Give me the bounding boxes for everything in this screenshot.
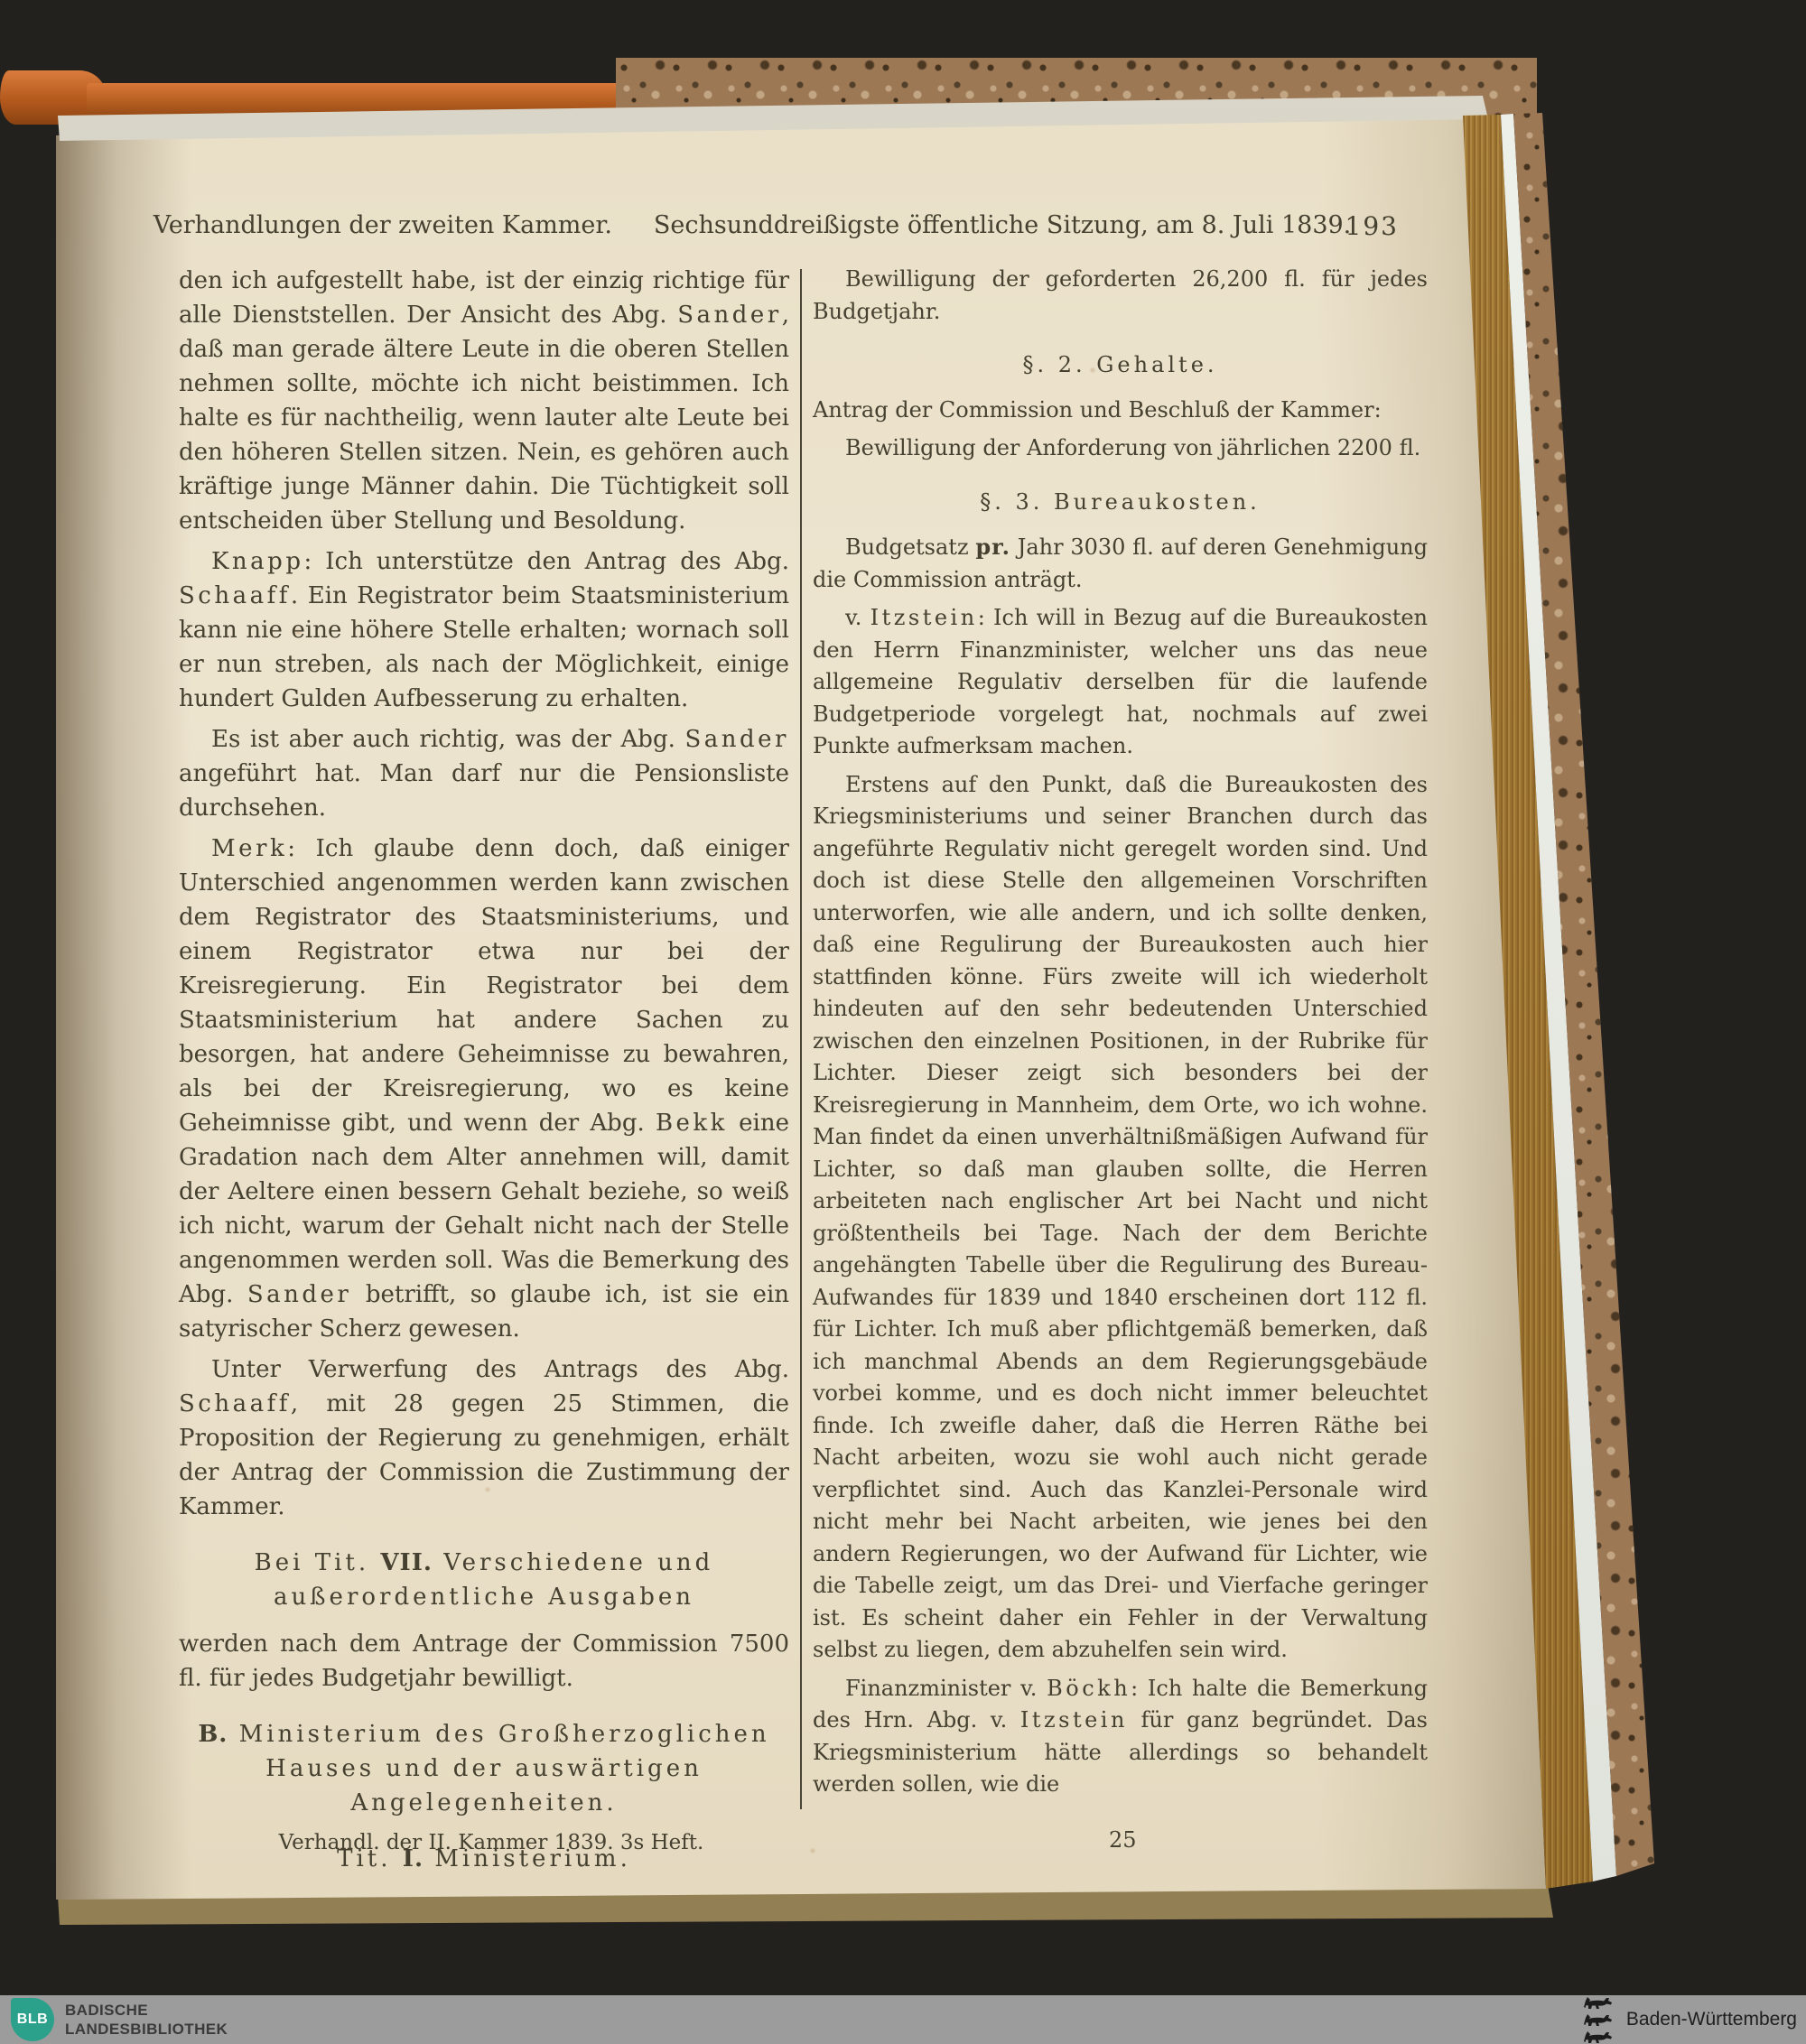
baden-wuerttemberg-logo[interactable]: Baden-Württemberg — [1581, 1995, 1797, 2044]
section-heading: §. 2. Gehalte. — [813, 349, 1428, 382]
paragraph: Bewilligung der geforderten 26,200 fl. f… — [813, 264, 1428, 328]
state-label: Baden-Württemberg — [1626, 2009, 1797, 2030]
blb-abbr-label: BLB — [17, 2011, 48, 2028]
library-name-line2: LANDESBIBLIOTHEK — [65, 2020, 228, 2039]
blb-logo-icon: BLB — [11, 1998, 54, 2041]
paragraph: werden nach dem Antrage der Commission 7… — [179, 1627, 789, 1696]
paragraph: Budgetsatz pr. Jahr 3030 fl. auf deren G… — [813, 531, 1428, 596]
paragraph: Antrag der Commission und Beschluß der K… — [813, 395, 1428, 427]
paragraph: Merk: Ich glaube denn doch, daß einiger … — [179, 832, 789, 1346]
section-heading: B. Ministerium des Großherzoglichen Haus… — [179, 1717, 789, 1820]
volume-footer: Verhandl. der II. Kammer 1839. 3s Heft. — [202, 1831, 780, 1854]
paragraph: Bewilligung der Anforderung von jährlich… — [813, 432, 1428, 465]
branding-bar: BLB BADISCHE LANDESBIBLIOTHEK Baden-Würt… — [0, 1995, 1806, 2044]
page-number: 193 — [1345, 211, 1399, 241]
page-text-area: Verhandlungen der zweiten Kammer. Sechsu… — [179, 208, 1429, 1860]
paragraph: Finanzminister v. Böckh: Ich halte die B… — [813, 1673, 1428, 1801]
paragraph: Unter Verwerfung des Antrags des Abg. Sc… — [179, 1352, 789, 1524]
right-column: Bewilligung der geforderten 26,200 fl. f… — [813, 264, 1428, 1807]
library-name-line1: BADISCHE — [65, 2001, 228, 2020]
sheet-signature: 25 — [1109, 1827, 1137, 1853]
gutter-shadow — [56, 116, 191, 1903]
paragraph: v. Itzstein: Ich will in Bezug auf die B… — [813, 602, 1428, 763]
blb-library-logo[interactable]: BLB BADISCHE LANDESBIBLIOTHEK — [11, 1998, 228, 2041]
section-heading: §. 3. Bureaukosten. — [813, 487, 1428, 519]
running-header: Verhandlungen der zweiten Kammer. Sechsu… — [179, 211, 1326, 239]
bw-coat-of-arms-icon — [1581, 1995, 1614, 2044]
paragraph: Knapp: Ich unterstütze den Antrag des Ab… — [179, 544, 789, 716]
column-divider-rule — [800, 269, 802, 1809]
left-column: den ich aufgestellt habe, ist der einzig… — [179, 264, 789, 2020]
book-scan-photo: Verhandlungen der zweiten Kammer. Sechsu… — [0, 0, 1806, 2044]
paragraph: den ich aufgestellt habe, ist der einzig… — [179, 264, 789, 538]
paragraph: Es ist aber auch richtig, was der Abg. S… — [179, 722, 789, 825]
running-header-left: Verhandlungen der zweiten Kammer. — [154, 211, 612, 239]
running-header-right: Sechsunddreißigste öffentliche Sitzung, … — [654, 211, 1351, 239]
paragraph: Erstens auf den Punkt, daß die Bureaukos… — [813, 769, 1428, 1667]
library-name: BADISCHE LANDESBIBLIOTHEK — [65, 2001, 228, 2039]
section-heading: Bei Tit. VII. Verschiedene und außerorde… — [179, 1546, 789, 1614]
